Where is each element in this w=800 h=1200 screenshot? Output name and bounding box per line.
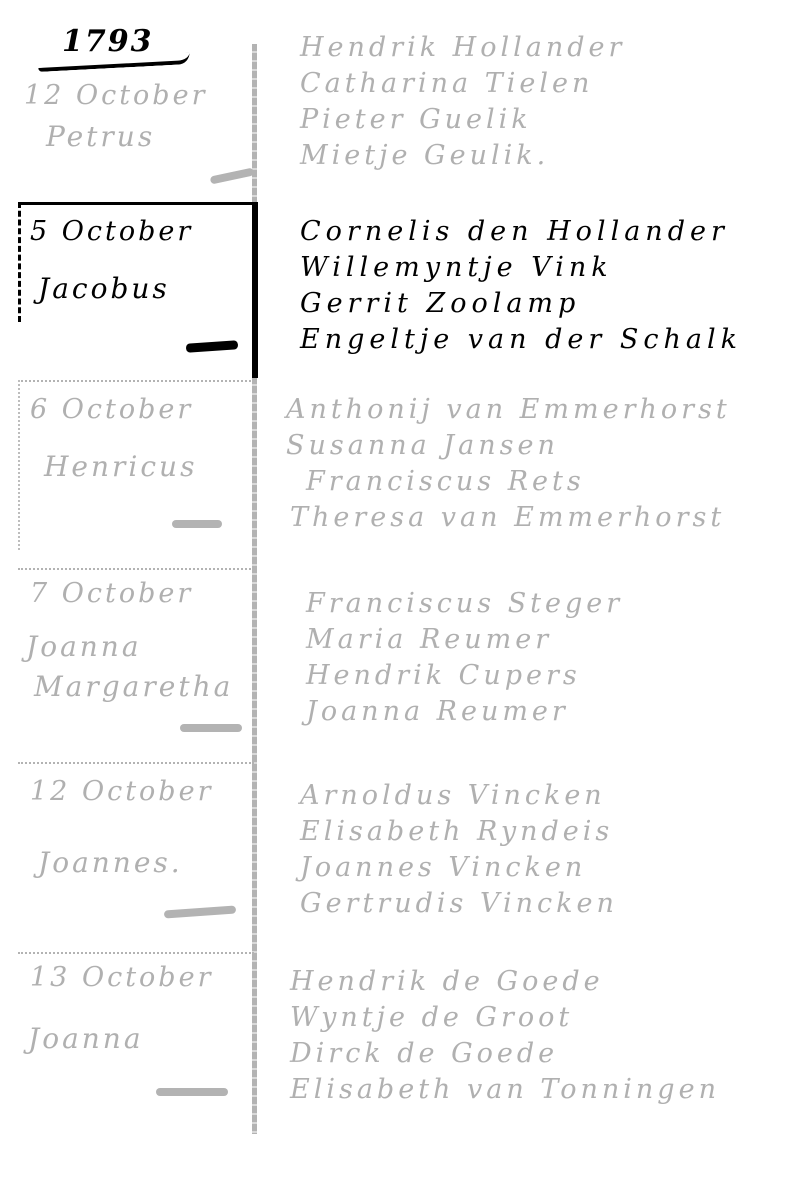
witness-name: Elisabeth Ryndeis [300, 814, 618, 850]
witness-name: Maria Reumer [306, 622, 623, 658]
entry-date: 12 October [30, 776, 213, 807]
witness-name: Hendrik de Goede [290, 964, 720, 1000]
witness-list: Anthonij van Emmerhorst Susanna Jansen F… [286, 392, 731, 536]
child-name: Henricus [44, 450, 197, 483]
entry-top-rule [18, 568, 254, 570]
witness-name: Wyntje de Groot [290, 1000, 720, 1036]
witness-name: Cornelis den Hollander [300, 214, 742, 250]
child-name: Joannes. [38, 846, 183, 879]
baptism-entry[interactable]: 12 October Joannes. Arnoldus Vincken Eli… [0, 762, 800, 952]
witness-name: Anthonij van Emmerhorst [286, 392, 731, 428]
child-name: Joanna [26, 630, 142, 663]
witness-name: Mietje Geulik. [300, 138, 625, 174]
witness-name: Gerrit Zoolamp [300, 286, 742, 322]
entry-date: 12 October [24, 80, 207, 111]
witness-list: Cornelis den Hollander Willemyntje Vink … [300, 214, 742, 358]
entry-date: 13 October [30, 962, 213, 993]
witness-name: Dirck de Goede [290, 1036, 720, 1072]
witness-name: Hendrik Cupers [306, 658, 623, 694]
entry-end-mark [172, 520, 222, 528]
baptism-entry-selected[interactable]: 5 October Jacobus Cornelis den Hollander… [0, 202, 800, 378]
entry-end-mark [164, 905, 236, 918]
witness-list: Arnoldus Vincken Elisabeth Ryndeis Joann… [300, 778, 618, 922]
witness-name: Hendrik Hollander [300, 30, 625, 66]
entry-top-rule [18, 380, 254, 382]
entry-date: 5 October [30, 216, 193, 247]
entry-top-rule [18, 202, 254, 205]
entry-left-rule [18, 380, 20, 550]
entry-end-mark [210, 168, 255, 185]
witness-name: Engeltje van der Schalk [300, 322, 742, 358]
entry-end-mark [180, 724, 242, 732]
child-name: Joanna [28, 1022, 144, 1055]
entry-end-mark [186, 340, 239, 353]
witness-list: Hendrik Hollander Catharina Tielen Piete… [300, 30, 625, 174]
witness-list: Hendrik de Goede Wyntje de Groot Dirck d… [290, 964, 720, 1108]
entry-date: 6 October [30, 394, 193, 425]
entry-left-rule [18, 202, 21, 322]
child-name: Petrus [46, 120, 155, 153]
entry-end-mark [156, 1088, 228, 1096]
entry-top-rule [18, 952, 254, 954]
witness-name: Franciscus Rets [286, 464, 731, 500]
baptism-entry[interactable]: 6 October Henricus Anthonij van Emmerhor… [0, 380, 800, 560]
entry-top-rule [18, 762, 254, 764]
baptism-entry[interactable]: 13 October Joanna Hendrik de Goede Wyntj… [0, 952, 800, 1142]
witness-name: Gertrudis Vincken [300, 886, 618, 922]
witness-name: Elisabeth van Tonningen [290, 1072, 720, 1108]
baptism-entry[interactable]: 12 October Petrus Hendrik Hollander Cath… [0, 0, 800, 190]
witness-name: Joannes Vincken [300, 850, 618, 886]
witness-name: Catharina Tielen [300, 66, 625, 102]
witness-name: Franciscus Steger [306, 586, 623, 622]
baptism-entry[interactable]: 7 October Joanna Margaretha Franciscus S… [0, 568, 800, 758]
entry-date: 7 October [30, 578, 193, 609]
child-name-second: Margaretha [34, 670, 233, 703]
child-name: Jacobus [38, 272, 170, 305]
witness-name: Arnoldus Vincken [300, 778, 618, 814]
witness-list: Franciscus Steger Maria Reumer Hendrik C… [306, 586, 623, 730]
witness-name: Joanna Reumer [306, 694, 623, 730]
register-page: 1793 12 October Petrus Hendrik Hollander… [0, 0, 800, 1200]
witness-name: Theresa van Emmerhorst [286, 500, 731, 536]
witness-name: Willemyntje Vink [300, 250, 742, 286]
witness-name: Susanna Jansen [286, 428, 731, 464]
witness-name: Pieter Guelik [300, 102, 625, 138]
